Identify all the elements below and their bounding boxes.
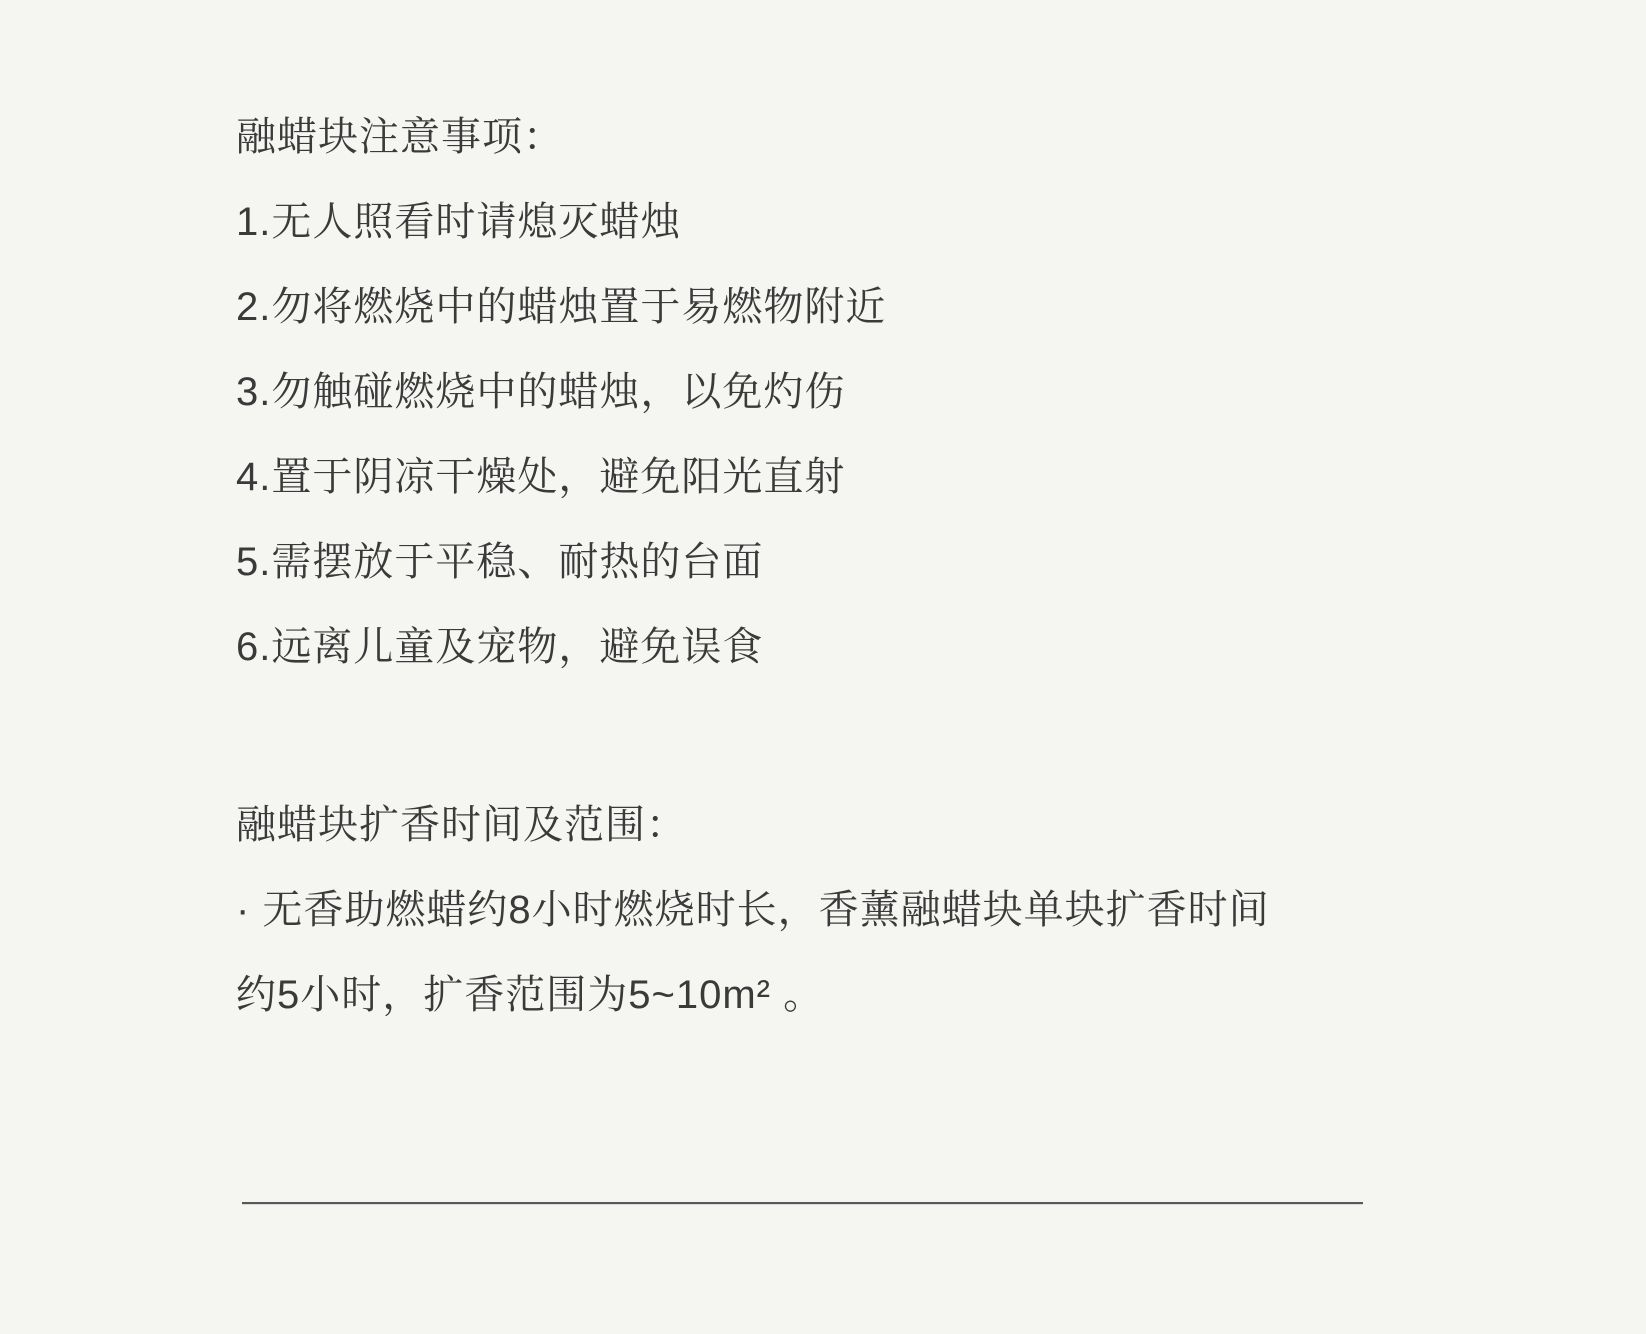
bottom-divider	[242, 1202, 1363, 1205]
diffusion-title: 融蜡块扩香时间及范围：	[236, 783, 1436, 868]
notice-item-4: 4.置于阴凉干燥处，避免阳光直射	[236, 435, 1436, 520]
notice-item-6: 6.远离儿童及宠物，避免误食	[236, 605, 1436, 690]
notice-item-2: 2.勿将燃烧中的蜡烛置于易燃物附近	[236, 265, 1436, 350]
page: { "page": { "background": "#f5f5f2", "te…	[0, 0, 1646, 1334]
notice-item-5: 5.需摆放于平稳、耐热的台面	[236, 520, 1436, 605]
diffusion-line-1: · 无香助燃蜡约8小时燃烧时长，香薰融蜡块单块扩香时间	[236, 868, 1436, 953]
notice-item-3: 3.勿触碰燃烧中的蜡烛，以免灼伤	[236, 350, 1436, 435]
notice-title: 融蜡块注意事项：	[236, 95, 1436, 180]
diffusion-line-2: 约5小时，扩香范围为5~10m² 。	[236, 953, 1436, 1038]
product-notes-document: 融蜡块注意事项： 1.无人照看时请熄灭蜡烛 2.勿将燃烧中的蜡烛置于易燃物附近 …	[236, 95, 1436, 1038]
notice-item-1: 1.无人照看时请熄灭蜡烛	[236, 180, 1436, 265]
